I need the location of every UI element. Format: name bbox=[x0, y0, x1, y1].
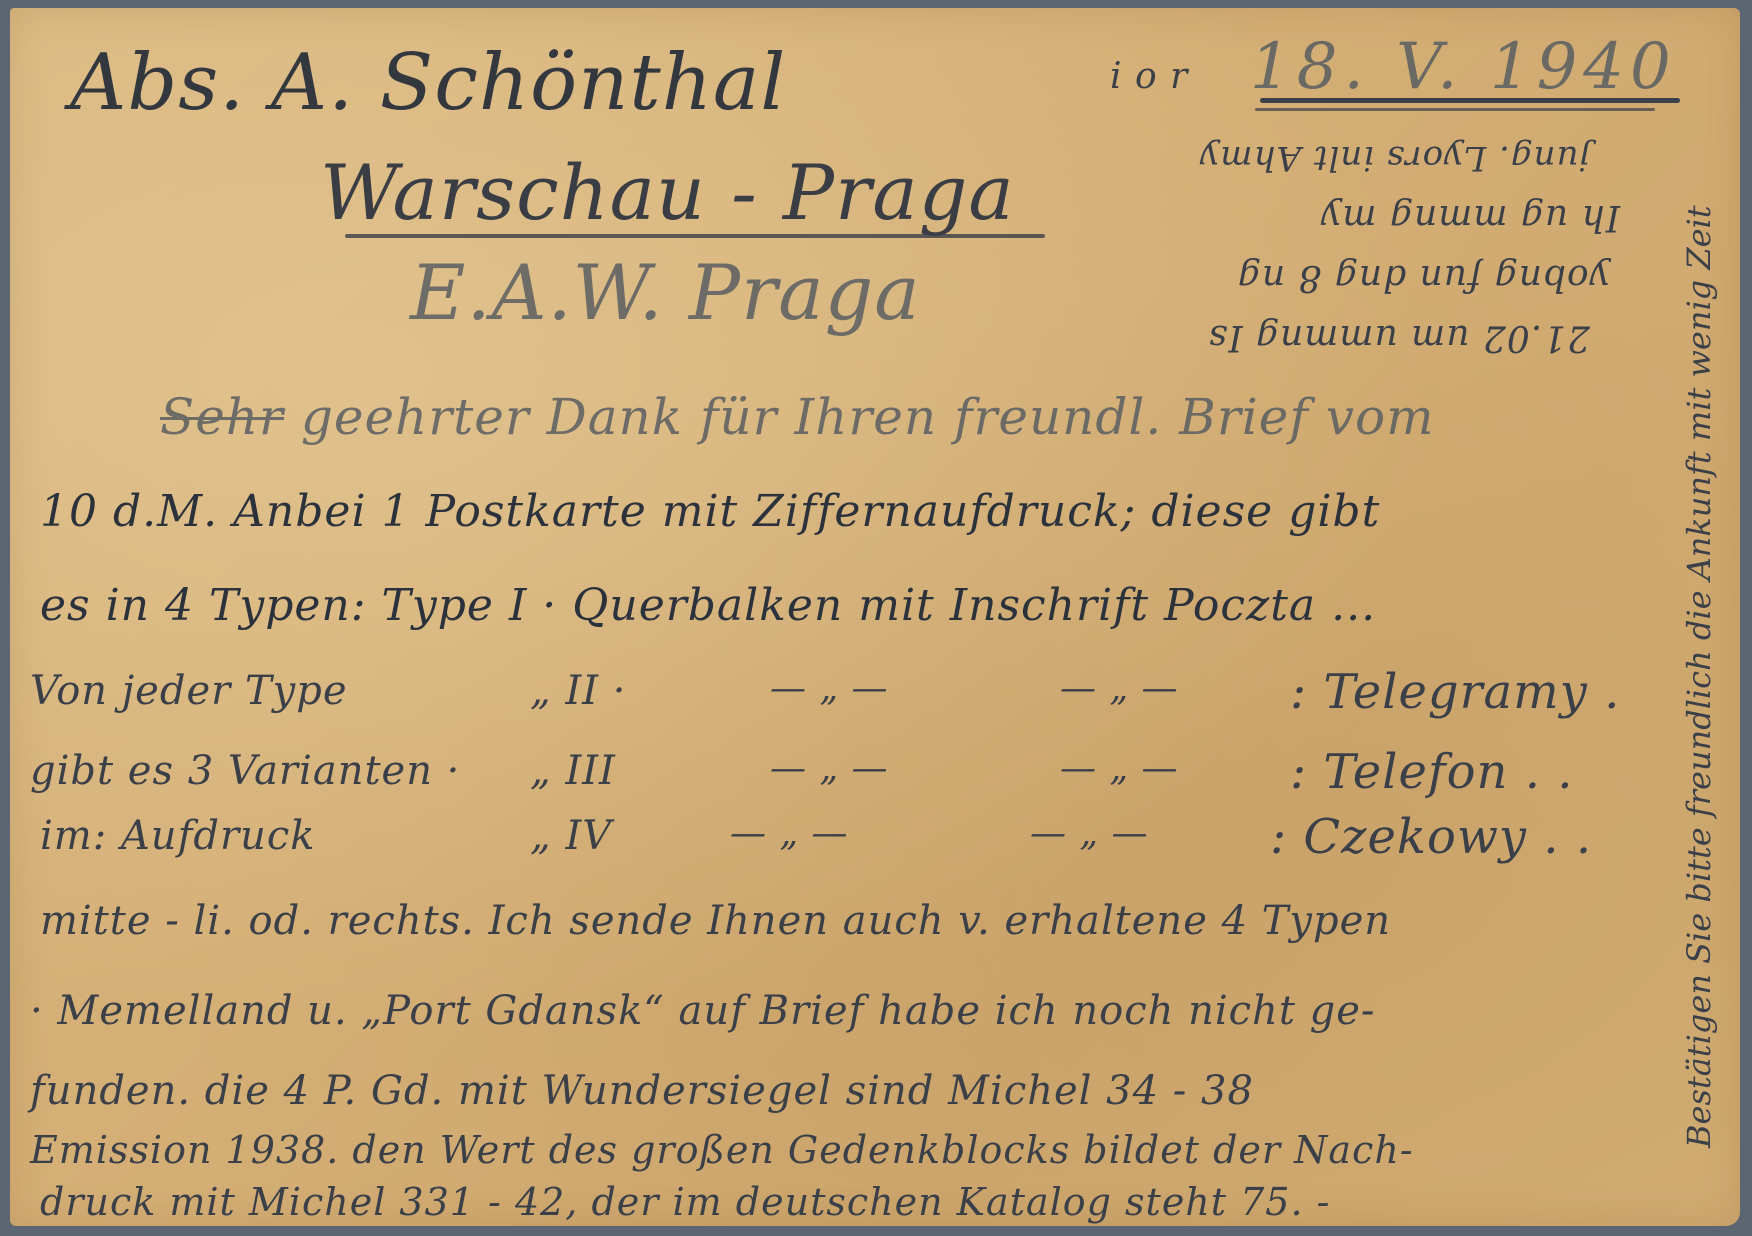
type-row-ditto: — „ — bbox=[1060, 748, 1179, 789]
body-line-3: es in 4 Typen: Type I · Querbalken mit I… bbox=[40, 580, 1376, 631]
type-row-ditto: — „ — bbox=[1030, 813, 1149, 854]
upside-down-note: 21.02 um ummng Is yobng fun dng 8 ng Ih … bbox=[1010, 118, 1650, 358]
type-row-ditto: — „ — bbox=[770, 748, 889, 789]
sender-line-1: Abs. A. Schönthal bbox=[70, 38, 786, 128]
date-underline bbox=[1260, 98, 1680, 103]
sender-line-2: Warschau - Praga bbox=[320, 148, 1015, 237]
body-line-2: 10 d.M. Anbei 1 Postkarte mit Ziffernauf… bbox=[40, 486, 1380, 537]
type-row-left: im: Aufdruck bbox=[40, 813, 316, 859]
type-row-3: gibt es 3 Varianten · „ III — „ — — „ — … bbox=[10, 748, 1740, 808]
body-text: geehrter Dank für Ihren freundl. Brief v… bbox=[301, 388, 1435, 446]
struck-word: Sehr bbox=[160, 388, 284, 446]
type-row-left: Von jeder Type bbox=[30, 668, 348, 714]
body-line-11: druck mit Michel 331 - 42, der im deutsc… bbox=[40, 1180, 1331, 1224]
upside-note-line: yobng fun dng 8 ng bbox=[1237, 257, 1610, 298]
type-row-left: gibt es 3 Varianten · bbox=[30, 748, 460, 794]
margin-note-vertical: Bestätigen Sie bitte freundlich die Anku… bbox=[1680, 205, 1718, 1148]
upside-note-line: jung. Lyors inlt Ahmy bbox=[1199, 138, 1590, 178]
upside-note-line: 21.02 um ummng Is bbox=[1208, 317, 1590, 358]
upside-note-line: Ih ug mmng my bbox=[1320, 197, 1620, 238]
body-line-10: Emission 1938. den Wert des großen Geden… bbox=[30, 1128, 1414, 1172]
postcard: Abs. A. Schönthal Warschau - Praga E.A.W… bbox=[10, 8, 1740, 1226]
type-row-ditto: — „ — bbox=[770, 668, 889, 709]
type-row-mark: „ IV bbox=[530, 813, 612, 859]
type-row-2: Von jeder Type „ II · — „ — — „ — : Tele… bbox=[10, 668, 1740, 728]
body-line-7: mitte - li. od. rechts. Ich sende Ihnen … bbox=[40, 898, 1391, 944]
type-row-right: : Telegramy . bbox=[1290, 664, 1620, 720]
sender-underline bbox=[345, 234, 1045, 238]
body-line-8: · Memelland u. „Port Gdansk“ auf Brief h… bbox=[30, 988, 1375, 1034]
type-row-ditto: — „ — bbox=[730, 813, 849, 854]
type-row-right: : Telefon . . bbox=[1290, 744, 1574, 800]
type-row-4: im: Aufdruck „ IV — „ — — „ — : Czekowy … bbox=[10, 813, 1740, 873]
body-line-9: funden. die 4 P. Gd. mit Wundersiegel si… bbox=[30, 1068, 1254, 1114]
sender-line-3: E.A.W. Praga bbox=[410, 248, 921, 337]
body-line-1: Sehr geehrter Dank für Ihren freundl. Br… bbox=[160, 388, 1435, 446]
date-value: 18. V. 1940 bbox=[1250, 30, 1677, 104]
type-row-right: : Czekowy . . bbox=[1270, 809, 1592, 865]
date-prefix: i o r bbox=[1110, 56, 1188, 97]
type-row-mark: „ III bbox=[530, 748, 616, 794]
type-row-mark: „ II · bbox=[530, 668, 626, 714]
date-underline-2 bbox=[1255, 108, 1655, 111]
type-row-ditto: — „ — bbox=[1060, 668, 1179, 709]
